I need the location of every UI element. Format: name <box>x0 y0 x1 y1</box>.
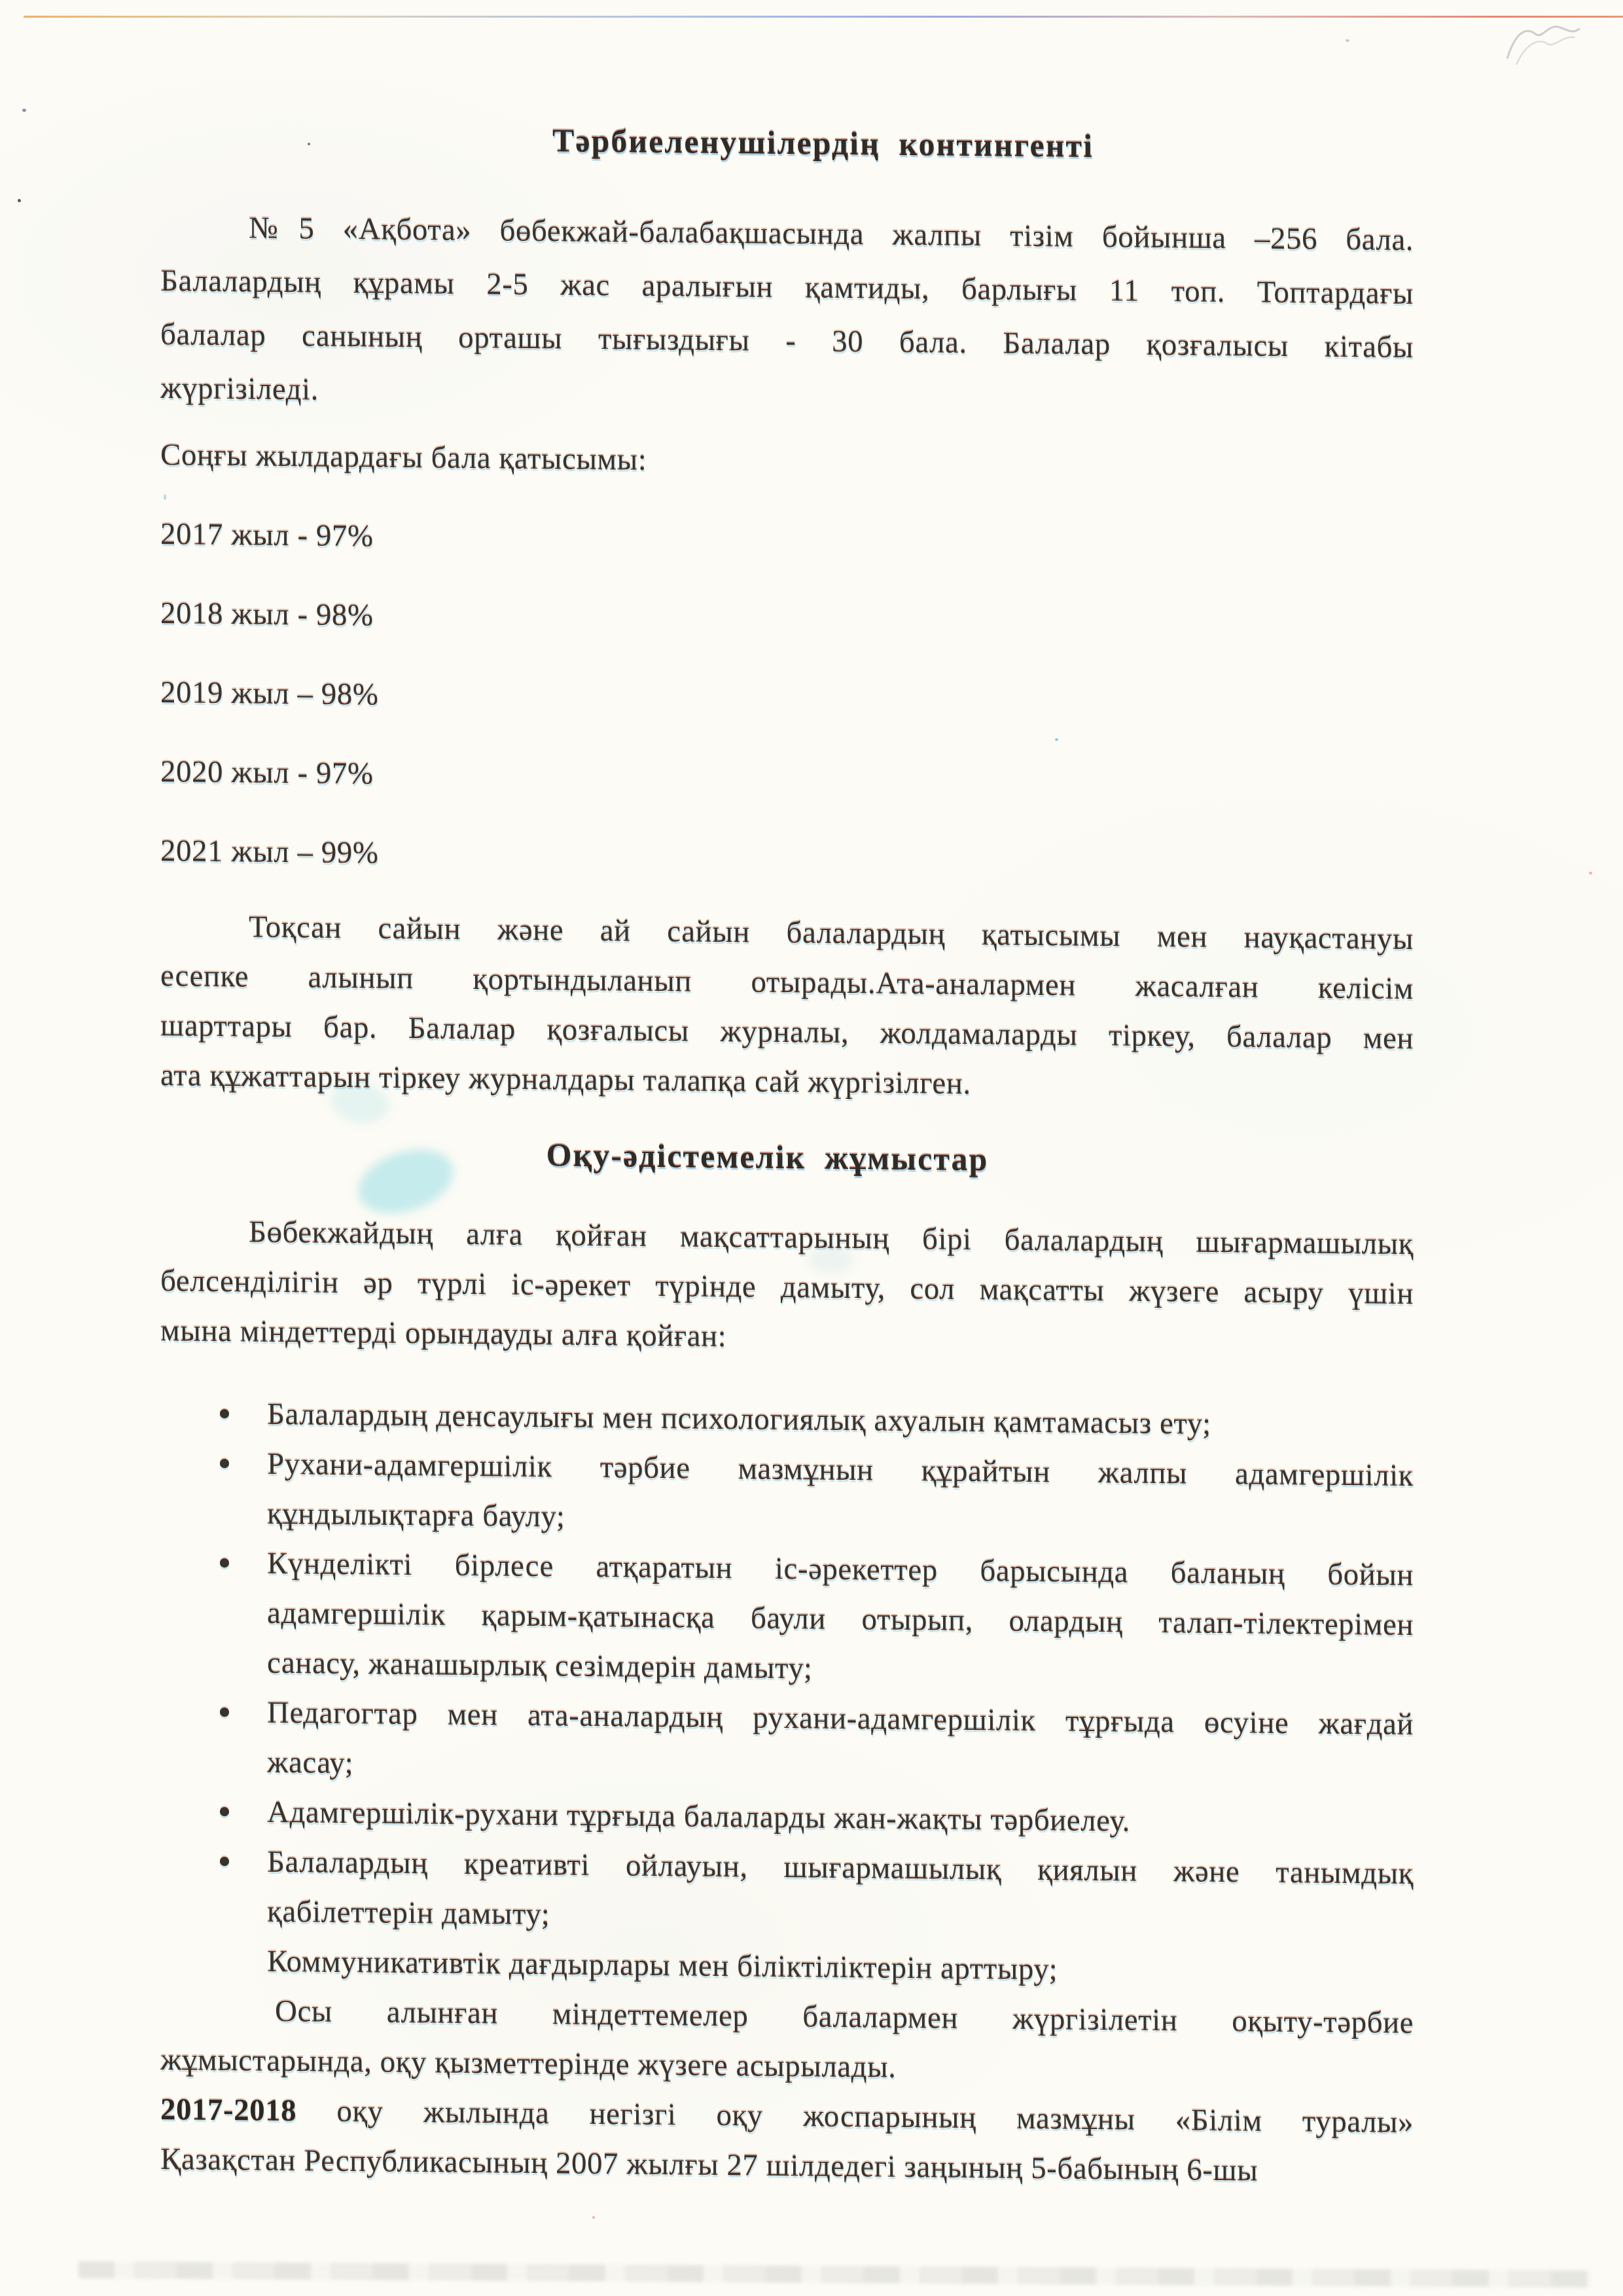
page-showthrough-band <box>79 2261 1590 2287</box>
paragraph-implementation: Осы алынған міндеттемелер балалармен жүр… <box>160 1985 1414 2098</box>
paragraph-contingent: №5 «Ақбота» бөбекжай-балабақшасында жалп… <box>160 200 1414 428</box>
attendance-list: 2017 жыл - 97% 2018 жыл - 98% 2019 жыл –… <box>160 507 1414 891</box>
bullet-dot-icon <box>220 1409 229 1418</box>
bullet-item: Педагогтар мен ата-аналардың рухани-адам… <box>267 1688 1414 1799</box>
document-title: Тәрбиеленушілердің контингенті <box>160 117 1414 169</box>
paragraph-records: Тоқсан сайын және ай сайын балалардың қа… <box>160 901 1414 1113</box>
pencil-squiggle-mark <box>1493 0 1601 78</box>
attendance-year-line: 2021 жыл – 99% <box>160 824 1414 891</box>
bullet-dot-icon <box>220 1857 229 1866</box>
paragraph-goals: Бөбекжайдың алға қойған мақсаттарының бі… <box>160 1206 1414 1369</box>
bullet-dot-icon <box>220 1459 229 1468</box>
scan-speck <box>22 109 26 112</box>
scan-speck <box>1589 872 1592 874</box>
attendance-year-line: 2017 жыл - 97% <box>160 507 1414 574</box>
attendance-year-line: 2018 жыл - 98% <box>160 586 1414 653</box>
section-heading-methodical-work: Оқу-әдістемелік жұмыстар <box>160 1131 1414 1183</box>
bullet-dot-icon <box>220 1558 229 1568</box>
scan-speck <box>18 199 21 202</box>
bullet-item: Балалардың креативті ойлауын, шығармашыл… <box>267 1837 1414 1948</box>
attendance-year-line: 2020 жыл - 97% <box>160 745 1414 812</box>
scan-speck <box>592 2216 595 2219</box>
text-line: оқу жылында негізгі оқу жоспарының мазмұ… <box>296 2094 1414 2140</box>
objectives-list: Балалардың денсаулығы мен психологиялық … <box>160 1388 1414 1948</box>
scanned-document-page: Тәрбиеленушілердің контингенті №5 «Ақбот… <box>0 0 1623 2296</box>
bold-school-year: 2017-2018 <box>160 2092 296 2128</box>
bullet-item: Күнделікті бірлесе атқаратын іс-әрекетте… <box>267 1539 1414 1700</box>
attendance-heading: Соңғы жылдардағы бала қатысымы: <box>160 428 1414 495</box>
bullet-dot-icon <box>220 1708 229 1717</box>
attendance-year-line: 2019 жыл – 98% <box>160 666 1414 732</box>
bullet-item: Рухани-адамгершілік тәрбие мазмұнын құра… <box>267 1439 1414 1551</box>
bullet-dot-icon <box>220 1807 229 1816</box>
document-body: Тәрбиеленушілердің контингенті №5 «Ақбот… <box>160 0 1414 2197</box>
paragraph-curriculum: 2017-2018 оқу жылында негізгі оқу жоспар… <box>160 2085 1414 2197</box>
